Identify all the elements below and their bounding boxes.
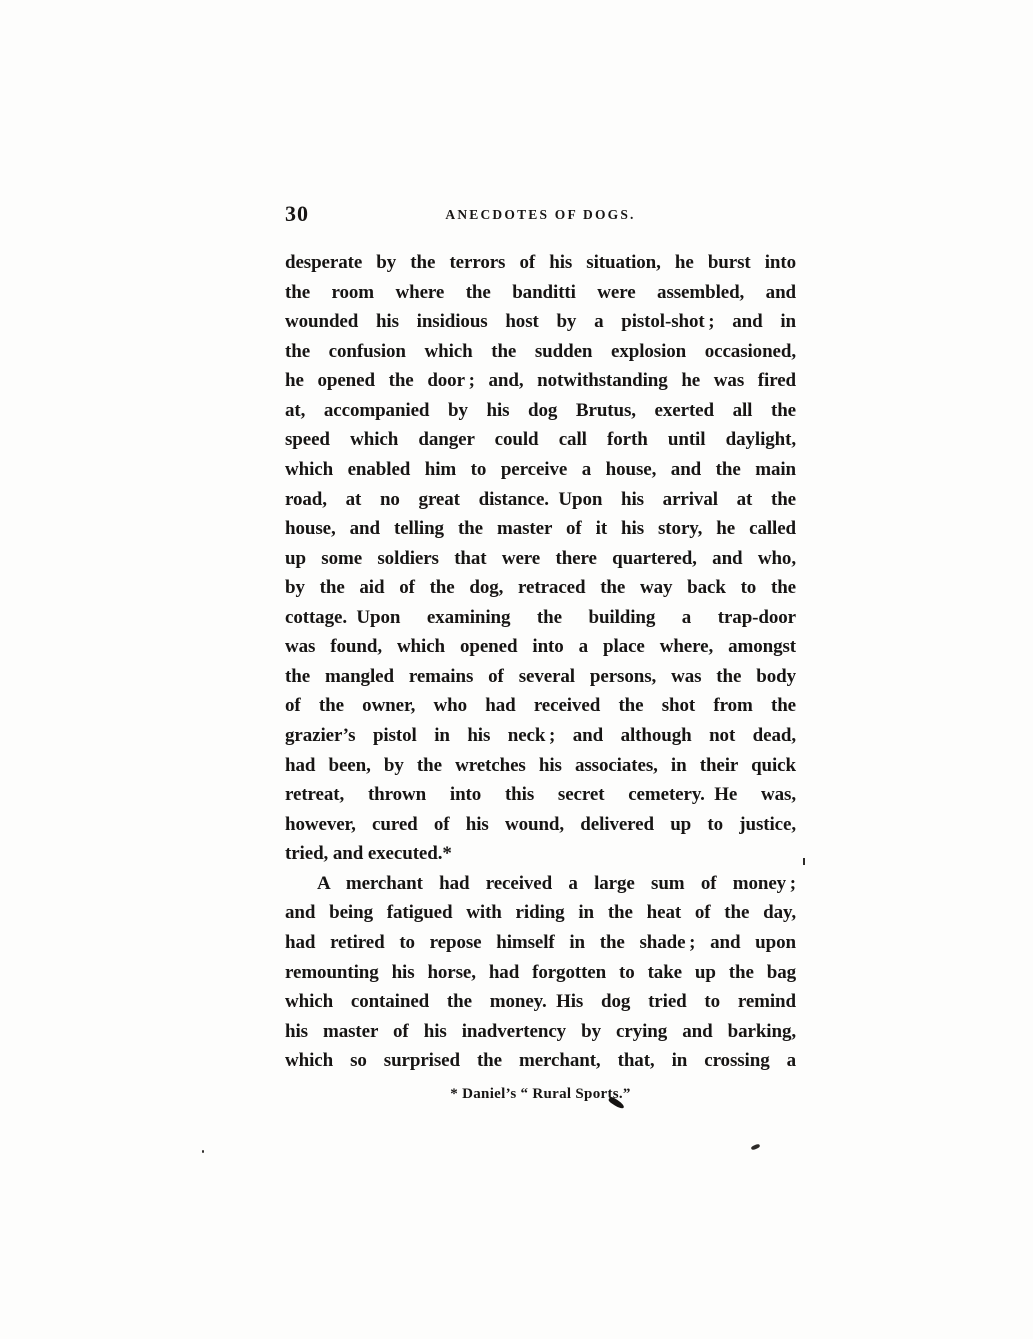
text-line: wounded his insidious host by a pistol-s… <box>285 307 796 337</box>
running-title: ANECDOTES OF DOGS. <box>285 207 796 223</box>
text-line: remounting his horse, had forgotten to t… <box>285 958 796 988</box>
text-line: the mangled remains of several persons, … <box>285 662 796 692</box>
text-line: had retired to repose himself in the sha… <box>285 928 796 958</box>
footnote: * Daniel’s “ Rural Sports.” <box>285 1086 796 1103</box>
text-line: the confusion which the sudden explosion… <box>285 337 796 367</box>
text-line: which contained the money. His dog tried… <box>285 987 796 1017</box>
text-line: however, cured of his wound, delivered u… <box>285 810 796 840</box>
text-line: and being fatigued with riding in the he… <box>285 898 796 928</box>
text-line: road, at no great distance. Upon his arr… <box>285 485 796 515</box>
text-line: speed which danger could call forth unti… <box>285 425 796 455</box>
text-line: by the aid of the dog, retraced the way … <box>285 573 796 603</box>
text-line: had been, by the wretches his associates… <box>285 751 796 781</box>
text-line: A merchant had received a large sum of m… <box>285 869 796 899</box>
text-line: desperate by the terrors of his situatio… <box>285 248 796 278</box>
text-line: house, and telling the master of it his … <box>285 514 796 544</box>
text-line: was found, which opened into a place whe… <box>285 632 796 662</box>
text-line: of the owner, who had received the shot … <box>285 691 796 721</box>
scan-speck <box>751 1143 761 1150</box>
text-line: at, accompanied by his dog Brutus, exert… <box>285 396 796 426</box>
body-text: desperate by the terrors of his situatio… <box>285 248 796 1076</box>
book-page-scan: 30 ANECDOTES OF DOGS. desperate by the t… <box>0 0 1033 1339</box>
text-line: tried, and executed.* <box>285 839 796 869</box>
scan-speck <box>202 1150 204 1153</box>
text-line: he opened the door ; and, notwithstandin… <box>285 366 796 396</box>
text-line: the room where the banditti were assembl… <box>285 278 796 308</box>
text-line: up some soldiers that were there quarter… <box>285 544 796 574</box>
scan-speck <box>803 858 805 865</box>
text-line: his master of his inadvertency by crying… <box>285 1017 796 1047</box>
text-line: which enabled him to perceive a house, a… <box>285 455 796 485</box>
text-line: which so surprised the merchant, that, i… <box>285 1046 796 1076</box>
text-line: cottage. Upon examining the building a t… <box>285 603 796 633</box>
text-line: grazier’s pistol in his neck ; and altho… <box>285 721 796 751</box>
text-line: retreat, thrown into this secret cemeter… <box>285 780 796 810</box>
running-header: 30 ANECDOTES OF DOGS. <box>285 201 796 227</box>
